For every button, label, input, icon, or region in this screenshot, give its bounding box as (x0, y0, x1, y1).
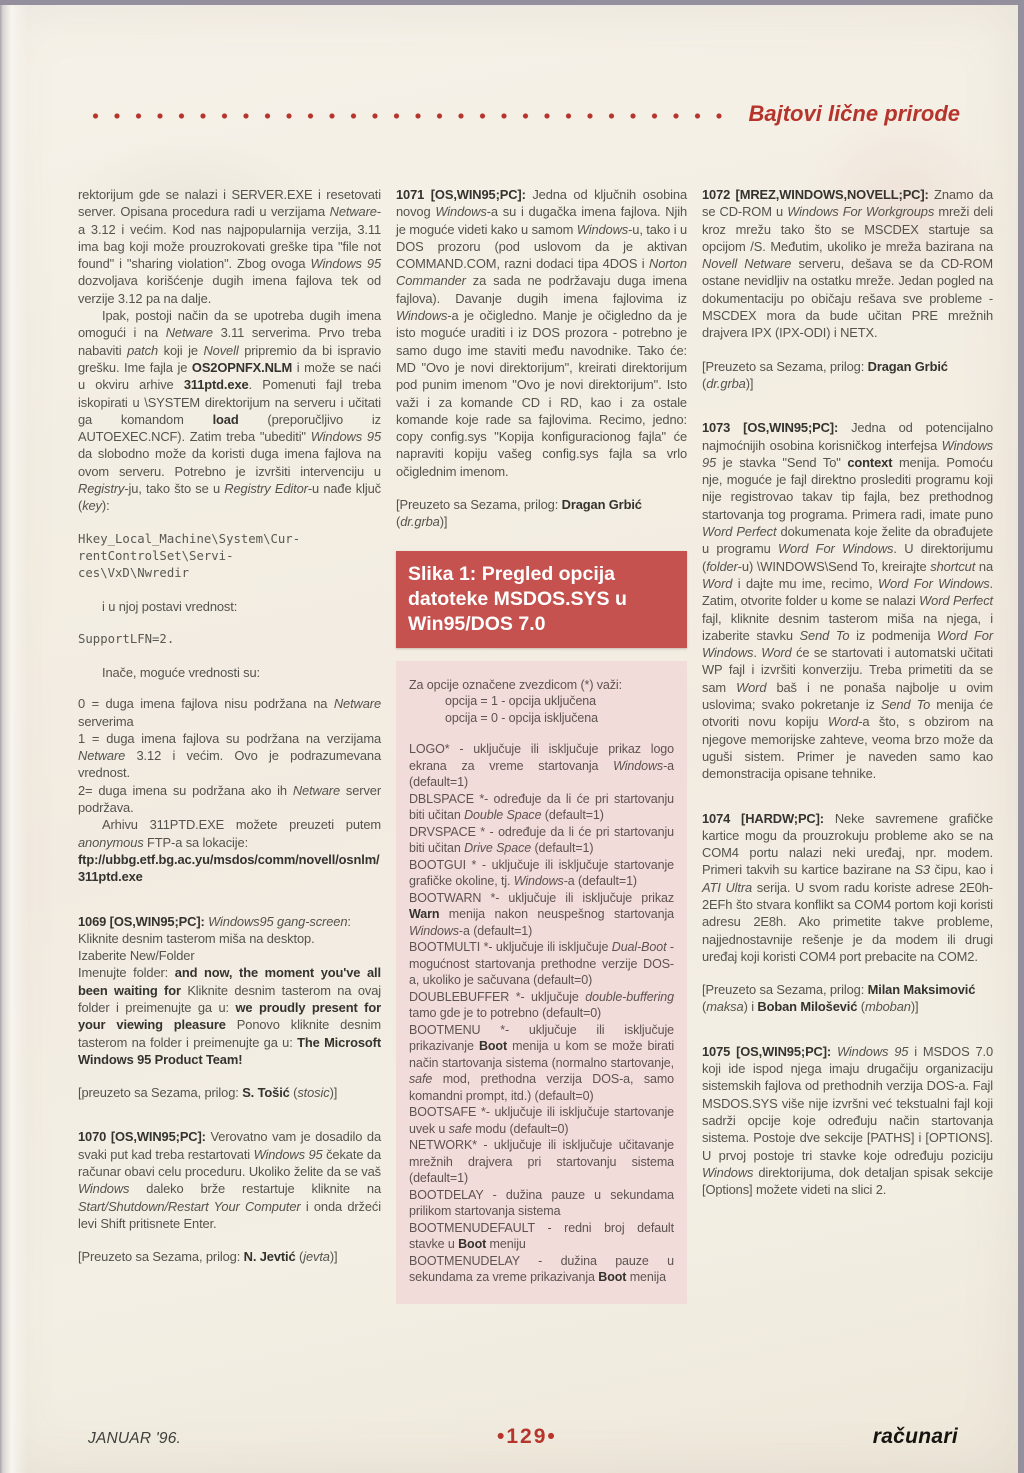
italic-text: ATI Ultra (702, 880, 752, 895)
tip-1069: 1069 [OS,WIN95;PC]: Windows95 gang-scree… (78, 913, 381, 930)
bold-text: Boot (458, 1237, 486, 1251)
italic-text: Registry Editor (224, 481, 308, 496)
dotted-leader (92, 112, 735, 120)
bold-text: 311ptd.exe (184, 377, 249, 392)
page: Bajtovi lične prirode rektorijum gde se … (0, 5, 1018, 1473)
option-entry: opcija = 1 - opcija uključena (409, 693, 674, 710)
bold-text: Boot (479, 1039, 507, 1053)
italic-text: anonymous (78, 835, 144, 850)
bold-text: and now, the moment you've all been wait… (78, 965, 381, 997)
italic-text: safe (449, 1122, 472, 1136)
italic-text: jevta (303, 1249, 330, 1264)
paragraph: Ipak, postoji način da se upotreba dugih… (78, 307, 381, 515)
bold-text: 1074 [HARDW;PC]: (702, 811, 835, 826)
paragraph: 1 = duga imena fajlova su podržana na ve… (78, 730, 381, 782)
italic-text: Word For Windows (778, 541, 893, 556)
paragraph: rektorijum gde se nalazi i SERVER.EXE i … (78, 186, 381, 307)
credit-line: [preuzeto sa Sezama, prilog: S. Tošić (s… (78, 1084, 381, 1101)
bold-text: 1070 [OS,WIN95;PC]: (78, 1129, 211, 1144)
italic-text: Windows (396, 308, 447, 323)
paragraph: Izaberite New/Folder (78, 947, 381, 964)
italic-text: Windows 95 (311, 256, 381, 271)
credit-line: [Preuzeto sa Sezama, prilog: Dragan Grbi… (396, 496, 687, 531)
option-entry: BOOTMENU *- uključuje ili isključuje pri… (409, 1022, 674, 1105)
italic-text: Word (761, 645, 791, 660)
italic-text: stosic (297, 1085, 329, 1100)
bold-text: The Microsoft Windows 95 Product Team! (78, 1035, 381, 1067)
section-title: Bajtovi lične prirode (749, 101, 961, 127)
option-entry: Za opcije označene zvezdicom (*) važi: (409, 677, 674, 694)
italic-text: Windows (409, 924, 459, 938)
paragraph: ftp://ubbg.etf.bg.ac.yu/msdos/comm/novel… (78, 851, 381, 886)
page-header: Bajtovi lične prirode (92, 101, 960, 127)
tip-1073: 1073 [OS,WIN95;PC]: Jedna od potencijaln… (702, 419, 993, 782)
italic-text: shortcut (930, 559, 975, 574)
article-columns: rektorijum gde se nalazi i SERVER.EXE i … (78, 186, 993, 1304)
paragraph: Arhivu 311PTD.EXE možete preuzeti putem … (78, 816, 381, 851)
figure1-title-box: Slika 1: Pregled opcija datoteke MSDOS.S… (396, 551, 687, 648)
tip-1072: 1072 [MREZ,WINDOWS,NOVELL;PC]: Znamo da … (702, 186, 993, 342)
option-entry: BOOTSAFE *- uključuje ili isključuje sta… (409, 1104, 674, 1137)
bold-text: context (847, 455, 892, 470)
italic-text: Word (828, 714, 858, 729)
italic-text: Windows For Workgroups (787, 204, 934, 219)
italic-text: Send To (800, 628, 850, 643)
bold-text: N. Jevtić (244, 1249, 296, 1264)
option-entry: BOOTMULTI *- uključuje ili isključuje Du… (409, 939, 674, 989)
italic-text: double-buffering (585, 990, 674, 1004)
bold-text: S. Tošić (242, 1085, 290, 1100)
credit-line: [Preuzeto sa Sezama, prilog: N. Jevtić (… (78, 1248, 381, 1265)
italic-text: Netware (166, 325, 213, 340)
column-left: rektorijum gde se nalazi i SERVER.EXE i … (78, 186, 381, 1304)
bold-text: 1069 [OS,WIN95;PC]: (78, 914, 208, 929)
bold-text: 1075 [OS,WIN95;PC]: (702, 1044, 837, 1059)
credit-line: [Preuzeto sa Sezama, prilog: Milan Maksi… (702, 981, 993, 1016)
italic-text: dr.grba (706, 376, 746, 391)
code-block: SupportLFN=2. (78, 631, 381, 648)
italic-text: S3 (914, 862, 930, 877)
bold-text: Warn (409, 907, 439, 921)
italic-text: Windows 95 (837, 1044, 908, 1059)
italic-text: safe (409, 1072, 432, 1086)
bold-text: 1072 [MREZ,WINDOWS,NOVELL;PC]: (702, 187, 929, 202)
option-entry: DRVSPACE * - određuje da li će pri start… (409, 824, 674, 857)
paragraph: Inače, moguće vrednosti su: (78, 664, 381, 681)
italic-text: Word Perfect (919, 593, 993, 608)
italic-text: Windows (577, 222, 628, 237)
italic-text: Netware (334, 696, 381, 711)
magazine-page-scan: Bajtovi lične prirode rektorijum gde se … (0, 0, 1024, 1473)
bold-text: Boot (598, 1270, 626, 1284)
magazine-title: računari (873, 1425, 958, 1449)
column-middle: 1071 [OS,WIN95;PC]: Jedna od ključnih os… (396, 186, 687, 1304)
tip-1074: 1074 [HARDW;PC]: Neke savremene grafičke… (702, 810, 993, 966)
paragraph: i u njoj postavi vrednost: (78, 598, 381, 615)
option-entry: NETWORK* - uključuje ili isključuje učit… (409, 1137, 674, 1187)
italic-text: Dual-Boot (612, 940, 667, 954)
tip-1075: 1075 [OS,WIN95;PC]: Windows 95 i MSDOS 7… (702, 1043, 993, 1199)
italic-text: Netware (78, 748, 125, 763)
bold-text: Boban Milošević (757, 999, 857, 1014)
option-entry: opcija = 0 - opcija isključena (409, 710, 674, 727)
italic-text: Word For Windows (878, 576, 990, 591)
italic-text: Start/Shutdown/Restart Your Computer (78, 1199, 301, 1214)
code-block: Hkey_Local_Machine\System\Cur- rentContr… (78, 531, 381, 582)
italic-text: Registry (78, 481, 124, 496)
option-entry: DBLSPACE *- određuje da li će pri starto… (409, 791, 674, 824)
column-right: 1072 [MREZ,WINDOWS,NOVELL;PC]: Znamo da … (702, 186, 993, 1304)
tip-1070: 1070 [OS,WIN95;PC]: Verovatno vam je dos… (78, 1128, 381, 1232)
option-entry: BOOTWARN *- uključuje ili isključuje pri… (409, 890, 674, 940)
tip-1071: 1071 [OS,WIN95;PC]: Jedna od ključnih os… (396, 186, 687, 480)
bold-text: Dragan Grbić (868, 359, 948, 374)
credit-line: [Preuzeto sa Sezama, prilog: Dragan Grbi… (702, 358, 993, 393)
italic-text: Windows 95 (254, 1147, 323, 1162)
page-number: •129• (497, 1425, 557, 1449)
italic-text: Drive Space (464, 841, 531, 855)
italic-text: Word (702, 576, 732, 591)
bold-text: load (213, 412, 239, 427)
italic-text: Windows (613, 759, 663, 773)
bold-text: ftp://ubbg.etf.bg.ac.yu/msdos/comm/novel… (78, 852, 380, 884)
option-entry: BOOTMENUDEFAULT - redni broj default sta… (409, 1220, 674, 1253)
paragraph: Imenujte folder: and now, the moment you… (78, 964, 381, 1068)
italic-text: patch (127, 343, 158, 358)
paragraph: 2= duga imena su podržana ako ih Netware… (78, 782, 381, 817)
italic-text: Windows 95 (311, 429, 381, 444)
italic-text: maksa (706, 999, 743, 1014)
italic-text: Netware (293, 783, 340, 798)
paragraph: 0 = duga imena fajlova nisu podržana na … (78, 695, 381, 730)
italic-text: Norton Commander (396, 256, 687, 288)
italic-text: Windows (702, 1165, 753, 1180)
figure1-options-box: Za opcije označene zvezdicom (*) važi:op… (396, 661, 687, 1304)
option-entry: BOOTGUI * - uključuje ili isključuje sta… (409, 857, 674, 890)
option-entry: BOOTDELAY - dužina pauze u sekundama pri… (409, 1187, 674, 1220)
italic-text: Windows95 gang-screen (208, 914, 347, 929)
italic-text: Windows (435, 204, 486, 219)
bold-text: 1073 [OS,WIN95;PC]: (702, 420, 851, 435)
option-entry: BOOTMENUDELAY - dužina pauze u sekundama… (409, 1253, 674, 1286)
italic-text: Netware (330, 204, 377, 219)
torn-page-edge (0, 5, 28, 1473)
option-entry: LOGO* - uključuje ili isključuje prikaz … (409, 741, 674, 791)
page-footer: JANUAR '96. •129• računari (88, 1425, 958, 1449)
italic-text: Novell Netware (702, 256, 791, 271)
italic-text: Windows (514, 874, 564, 888)
bold-text: we proudly present for your viewing plea… (78, 1000, 381, 1032)
italic-text: folder (706, 559, 738, 574)
italic-text: Send To (881, 697, 930, 712)
option-entry: DOUBLEBUFFER *- uključuje double-bufferi… (409, 989, 674, 1022)
italic-text: Word Perfect (702, 524, 776, 539)
italic-text: dr.grba (400, 514, 440, 529)
italic-text: mboban (865, 999, 911, 1014)
italic-text: Windows (78, 1181, 129, 1196)
bold-text: Dragan Grbić (562, 497, 642, 512)
italic-text: Novell (203, 343, 238, 358)
italic-text: key (82, 498, 102, 513)
paragraph: Kliknite desnim tasterom miša na desktop… (78, 930, 381, 947)
italic-text: Word (736, 680, 766, 695)
bold-text: 1071 [OS,WIN95;PC]: (396, 187, 532, 202)
bold-text: OS2OPNFX.NLM (192, 360, 292, 375)
bold-text: Milan Maksimović (868, 982, 976, 997)
issue-date: JANUAR '96. (88, 1430, 181, 1448)
italic-text: Double Space (464, 808, 541, 822)
